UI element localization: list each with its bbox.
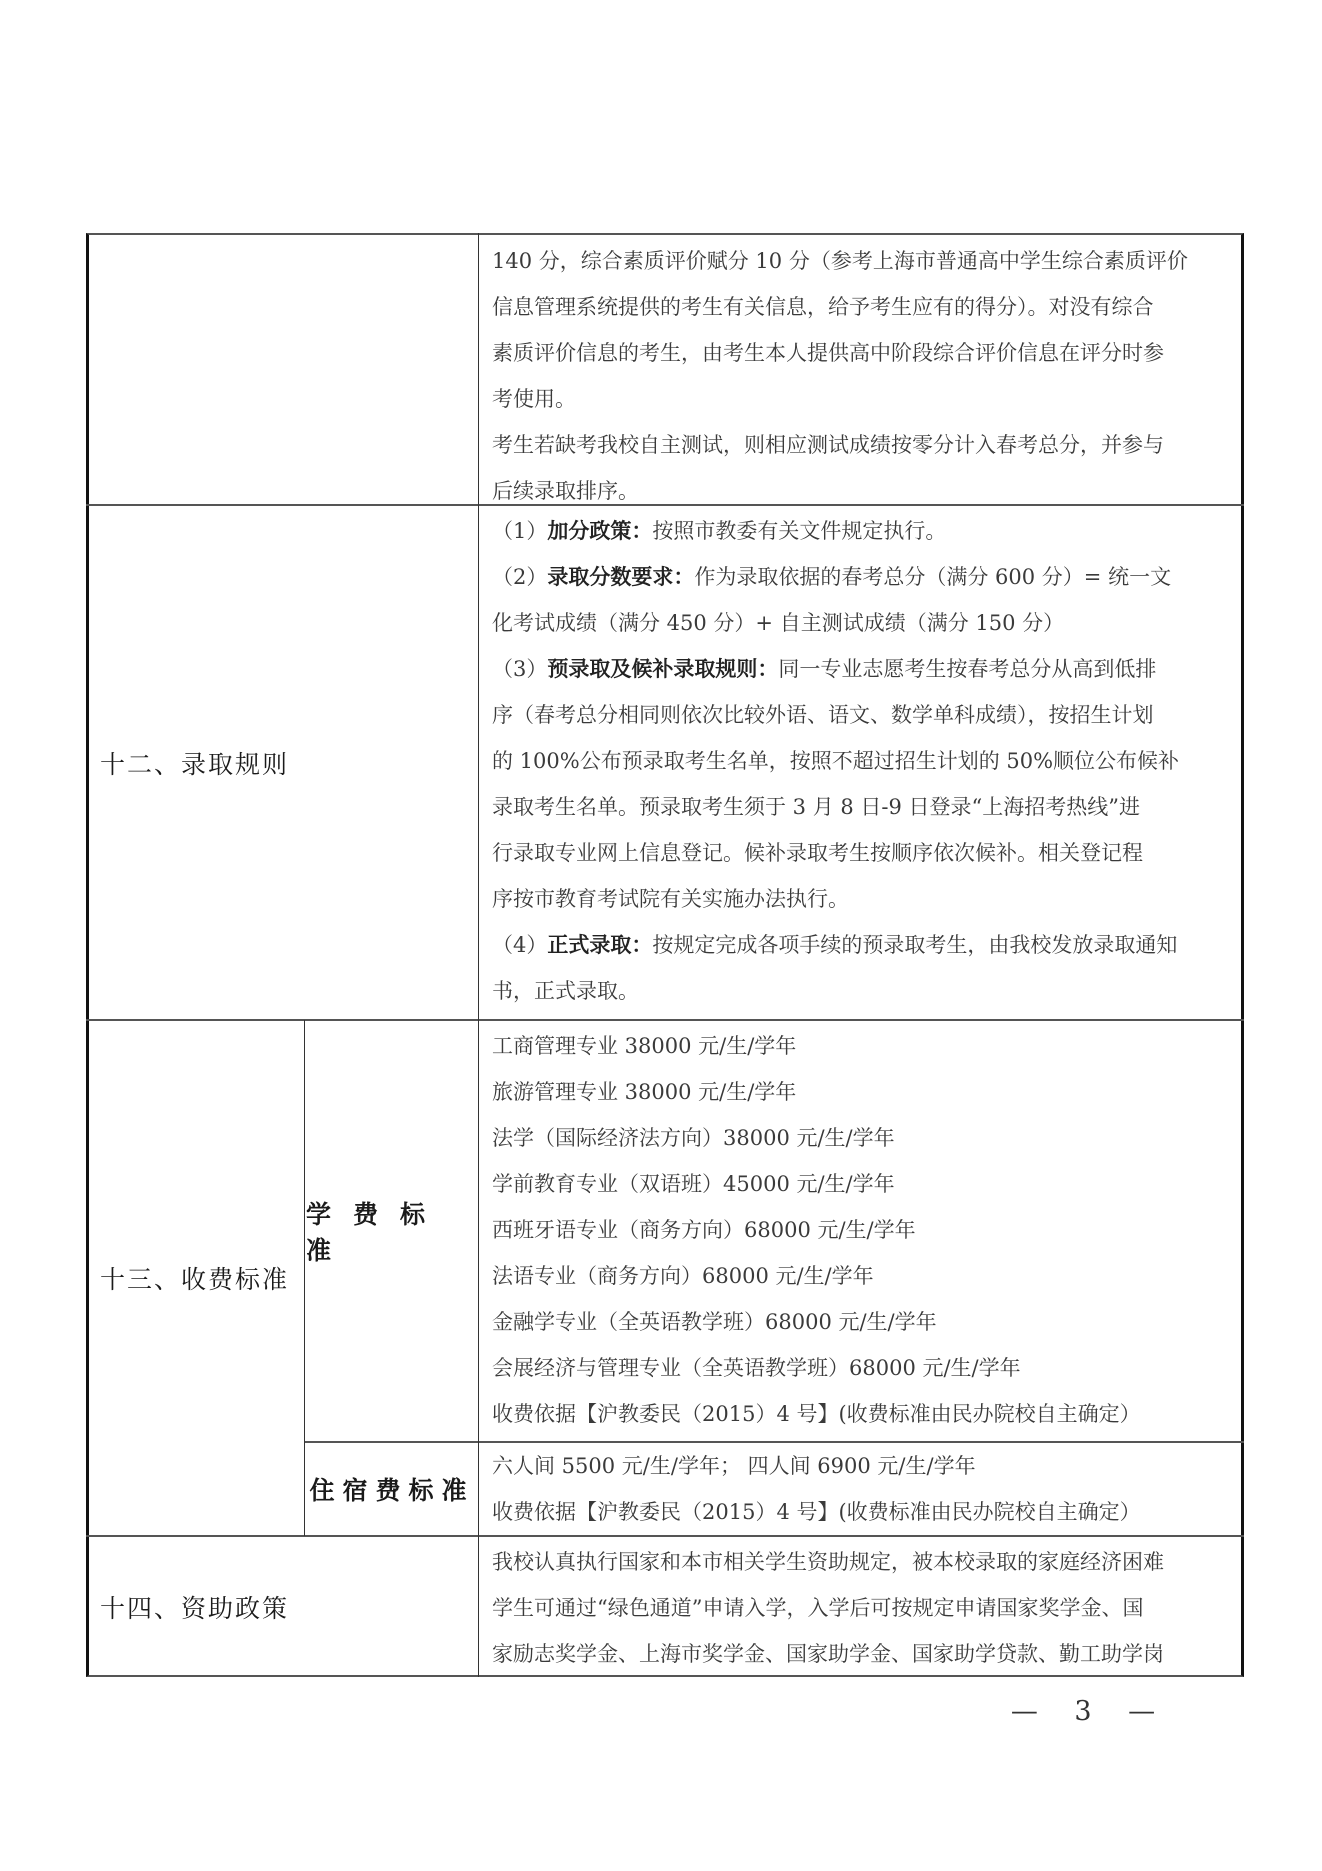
row-label-admission-rules: 十二、录取规则 bbox=[100, 506, 476, 1019]
text-line: 家励志奖学金、上海市奖学金、国家助学金、国家助学贷款、勤工助学岗 bbox=[492, 1631, 1230, 1677]
rule-line: 行录取专业网上信息登记。候补录取考生按顺序依次候补。相关登记程 bbox=[492, 830, 1230, 876]
tuition-item: 法学（国际经济法方向）38000 元/生/学年 bbox=[492, 1115, 1230, 1161]
tuition-item: 工商管理专业 38000 元/生/学年 bbox=[492, 1023, 1230, 1069]
row-label-text: 十二、录取规则 bbox=[100, 745, 289, 781]
accommodation-item: 六人间 5500 元/生/学年； 四人间 6900 元/生/学年 bbox=[492, 1443, 1230, 1489]
tuition-item: 会展经济与管理专业（全英语教学班）68000 元/生/学年 bbox=[492, 1345, 1230, 1391]
rule-line: （4）正式录取：按规定完成各项手续的预录取考生，由我校发放录取通知 bbox=[492, 922, 1230, 968]
row-label-text: 十三、收费标准 bbox=[100, 1260, 289, 1296]
sublabel-tuition: 学费标准 bbox=[306, 1021, 478, 1441]
text-line: 140 分，综合素质评价赋分 10 分（参考上海市普通高中学生综合素质评价 bbox=[492, 238, 1230, 284]
tuition-item: 西班牙语专业（商务方向）68000 元/生/学年 bbox=[492, 1207, 1230, 1253]
rule-line: 书，正式录取。 bbox=[492, 968, 1230, 1014]
text-line: 考生若缺考我校自主测试，则相应测试成绩按零分计入春考总分，并参与 bbox=[492, 422, 1230, 468]
subcolumn-divider bbox=[304, 1020, 305, 1536]
tuition-item: 学前教育专业（双语班）45000 元/生/学年 bbox=[492, 1161, 1230, 1207]
rule-line: 化考试成绩（满分 450 分）+ 自主测试成绩（满分 150 分） bbox=[492, 600, 1230, 646]
row-label-financial-aid: 十四、资助政策 bbox=[100, 1537, 476, 1677]
rule-line: （2）录取分数要求：作为录取依据的春考总分（满分 600 分）= 统一文 bbox=[492, 554, 1230, 600]
text-line: 素质评价信息的考生，由考生本人提供高中阶段综合评价信息在评分时参 bbox=[492, 330, 1230, 376]
accommodation-list: 六人间 5500 元/生/学年； 四人间 6900 元/生/学年 收费依据【沪教… bbox=[480, 1443, 1242, 1535]
sublabel-accommodation: 住宿费标准 bbox=[306, 1443, 478, 1535]
row-label-fee-standards: 十三、收费标准 bbox=[100, 1021, 304, 1535]
text-line: 我校认真执行国家和本市相关学生资助规定，被本校录取的家庭经济困难 bbox=[492, 1539, 1230, 1585]
text-line: 考使用。 bbox=[492, 376, 1230, 422]
rule-line: 序按市教育考试院有关实施办法执行。 bbox=[492, 876, 1230, 922]
rule-line: （1）加分政策：按照市教委有关文件规定执行。 bbox=[492, 508, 1230, 554]
row-11-content: 140 分，综合素质评价赋分 10 分（参考上海市普通高中学生综合素质评价 信息… bbox=[480, 238, 1242, 504]
rule-line: 序（春考总分相同则依次比较外语、语文、数学单科成绩），按招生计划 bbox=[492, 692, 1230, 738]
column-divider bbox=[478, 233, 479, 1677]
row-14-content: 我校认真执行国家和本市相关学生资助规定，被本校录取的家庭经济困难 学生可通过“绿… bbox=[480, 1539, 1242, 1677]
tuition-list: 工商管理专业 38000 元/生/学年 旅游管理专业 38000 元/生/学年 … bbox=[480, 1023, 1242, 1441]
tuition-item: 旅游管理专业 38000 元/生/学年 bbox=[492, 1069, 1230, 1115]
sublabel-text: 住宿费标准 bbox=[309, 1471, 474, 1507]
text-line: 信息管理系统提供的考生有关信息，给予考生应有的得分）。对没有综合 bbox=[492, 284, 1230, 330]
page-number: — 3 — bbox=[1010, 1696, 1170, 1727]
rule-line: （3）预录取及候补录取规则：同一专业志愿考生按春考总分从高到低排 bbox=[492, 646, 1230, 692]
row-label-text: 十四、资助政策 bbox=[100, 1589, 289, 1625]
fee-basis: 收费依据【沪教委民（2015）4 号】(收费标准由民办院校自主确定） bbox=[492, 1391, 1230, 1437]
row-12-content: （1）加分政策：按照市教委有关文件规定执行。 （2）录取分数要求：作为录取依据的… bbox=[480, 508, 1242, 1019]
rule-line: 的 100%公布预录取考生名单，按照不超过招生计划的 50%顺位公布候补 bbox=[492, 738, 1230, 784]
tuition-item: 法语专业（商务方向）68000 元/生/学年 bbox=[492, 1253, 1230, 1299]
fee-basis: 收费依据【沪教委民（2015）4 号】(收费标准由民办院校自主确定） bbox=[492, 1489, 1230, 1535]
tuition-item: 金融学专业（全英语教学班）68000 元/生/学年 bbox=[492, 1299, 1230, 1345]
text-line: 学生可通过“绿色通道”申请入学，入学后可按规定申请国家奖学金、国 bbox=[492, 1585, 1230, 1631]
sublabel-text: 学费标准 bbox=[306, 1195, 478, 1267]
rule-line: 录取考生名单。预录取考生须于 3 月 8 日-9 日登录“上海招考热线”进 bbox=[492, 784, 1230, 830]
